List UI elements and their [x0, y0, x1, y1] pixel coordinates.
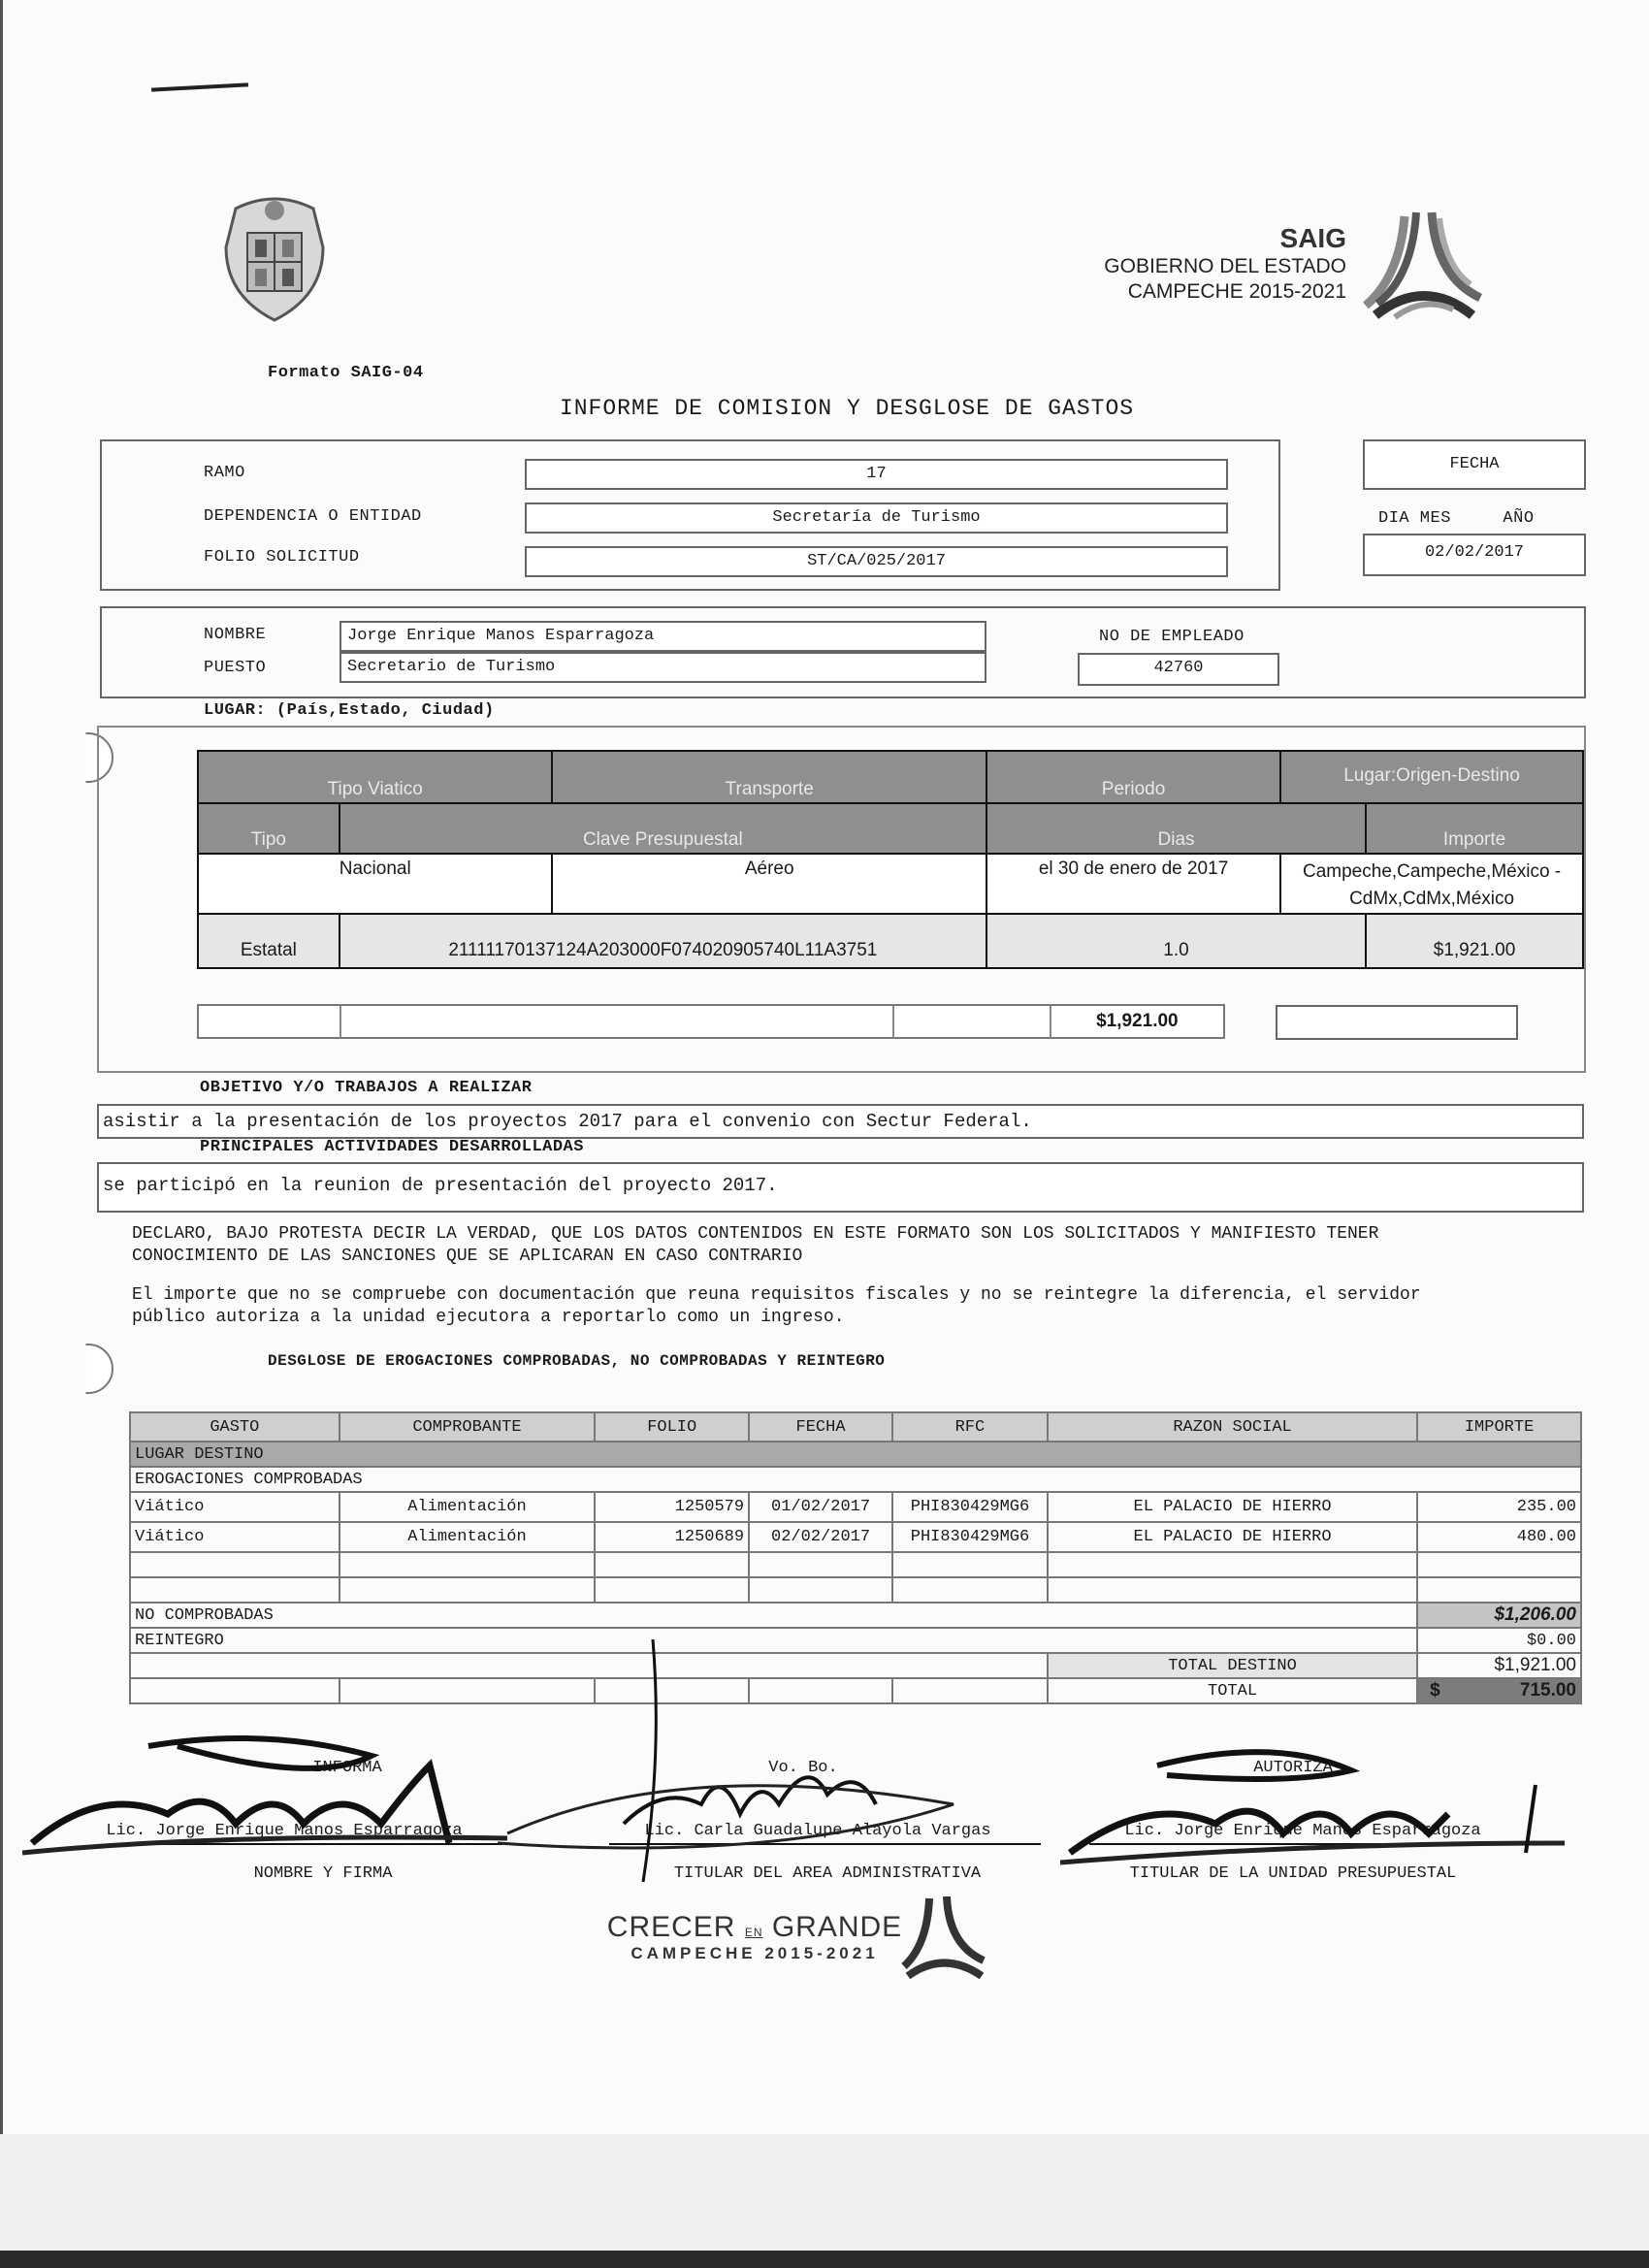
- col-rfc: RFC: [892, 1412, 1048, 1442]
- header-tipo: Tipo: [198, 803, 339, 854]
- fecha-parts-label: DIA MES AÑO: [1378, 509, 1535, 528]
- header-lugar-origen-destino: Lugar:Origen-Destino: [1280, 751, 1583, 803]
- total-label: TOTAL: [1048, 1678, 1417, 1703]
- empty-row: [130, 1552, 1581, 1577]
- handwritten-signature-icon: [1060, 1727, 1584, 1882]
- ramo-label: RAMO: [204, 464, 245, 482]
- handwritten-signature-icon: [22, 1727, 527, 1882]
- saig-title: SAIG: [1167, 223, 1346, 254]
- total-destino-label: TOTAL DESTINO: [1048, 1653, 1417, 1678]
- header-periodo: Periodo: [986, 751, 1280, 803]
- viatico-total: $1,921.00: [1051, 1006, 1223, 1037]
- format-code: Formato SAIG-04: [268, 364, 424, 382]
- cell-rfc: PHI830429MG6: [892, 1492, 1048, 1522]
- objetivo-label: OBJETIVO Y/O TRABAJOS A REALIZAR: [200, 1079, 532, 1097]
- desglose-header-row: GASTO COMPROBANTE FOLIO FECHA RFC RAZON …: [130, 1412, 1581, 1442]
- cell-folio: 1250579: [595, 1492, 749, 1522]
- total-destino-value: $1,921.00: [1417, 1653, 1581, 1678]
- dependencia-label: DEPENDENCIA O ENTIDAD: [204, 507, 422, 526]
- handwritten-signature-icon: [488, 1639, 1031, 1892]
- empty-row: [130, 1577, 1581, 1603]
- viatico-extra-box: [1276, 1005, 1518, 1040]
- cell-comprobante: Alimentación: [339, 1522, 596, 1552]
- lugar-destino-row: LUGAR DESTINO: [130, 1442, 1581, 1467]
- cell-importe: 480.00: [1417, 1522, 1581, 1552]
- cell-importe: 235.00: [1417, 1492, 1581, 1522]
- no-comprobadas-value: $1,206.00: [1417, 1603, 1581, 1628]
- comprobadas-row: EROGACIONES COMPROBADAS: [130, 1467, 1581, 1492]
- declaracion-text: DECLARO, BAJO PROTESTA DECIR LA VERDAD, …: [132, 1223, 1587, 1268]
- no-empleado-field[interactable]: 42760: [1078, 653, 1279, 686]
- total-amount: 715.00: [1520, 1680, 1576, 1701]
- header-clave-presupuestal: Clave Presupuestal: [339, 803, 986, 854]
- col-importe: IMPORTE: [1417, 1412, 1581, 1442]
- cell-gasto: Viático: [130, 1522, 339, 1552]
- total-value: $ 715.00: [1417, 1678, 1581, 1703]
- lugar-label: LUGAR: (País,Estado, Ciudad): [204, 701, 495, 720]
- viatico-table: Tipo Viatico Transporte Periodo Lugar:Or…: [197, 750, 1584, 969]
- cell-fecha: 01/02/2017: [749, 1492, 892, 1522]
- slogan-main: CRECER: [607, 1911, 736, 1943]
- col-comprobante: COMPROBANTE: [339, 1412, 596, 1442]
- header-dias: Dias: [986, 803, 1366, 854]
- declaracion-line1: DECLARO, BAJO PROTESTA DECIR LA VERDAD, …: [132, 1223, 1587, 1246]
- table-row: Viático Alimentación 1250689 02/02/2017 …: [130, 1522, 1581, 1552]
- cell-tipo-viatico: Nacional: [198, 854, 552, 914]
- fecha-header: FECHA: [1363, 439, 1586, 490]
- nombre-label: NOMBRE: [204, 626, 266, 644]
- col-folio: FOLIO: [595, 1412, 749, 1442]
- scanned-page: SAIG GOBIERNO DEL ESTADO CAMPECHE 2015-2…: [0, 0, 1649, 2134]
- importe-notice: El importe que no se compruebe con docum…: [132, 1284, 1587, 1329]
- no-empleado-label: NO DE EMPLEADO: [1099, 628, 1245, 646]
- cell-dias: 1.0: [986, 914, 1366, 968]
- campeche-logo-icon: [900, 1896, 987, 1979]
- cell-rfc: PHI830429MG6: [892, 1522, 1048, 1552]
- dependencia-field[interactable]: Secretaría de Turismo: [525, 502, 1228, 534]
- col-razon-social: RAZON SOCIAL: [1048, 1412, 1417, 1442]
- pen-mark: [151, 82, 248, 91]
- table-row: Viático Alimentación 1250579 01/02/2017 …: [130, 1492, 1581, 1522]
- coat-of-arms-icon: [207, 189, 342, 325]
- saig-arcs-logo-icon: [1356, 209, 1492, 325]
- cell-periodo: el 30 de enero de 2017: [986, 854, 1280, 914]
- document-title: INFORME DE COMISION Y DESGLOSE DE GASTOS: [3, 396, 1649, 421]
- col-fecha: FECHA: [749, 1412, 892, 1442]
- header-tipo-viatico: Tipo Viatico: [198, 751, 552, 803]
- slogan-sub: CAMPECHE 2015-2021: [604, 1944, 905, 1963]
- declaracion-line2: CONOCIMIENTO DE LAS SANCIONES QUE SE APL…: [132, 1246, 1587, 1268]
- cell-tipo: Estatal: [198, 914, 339, 968]
- cell-razon-social: EL PALACIO DE HIERRO: [1048, 1522, 1417, 1552]
- ramo-field[interactable]: 17: [525, 459, 1228, 490]
- cell-importe: $1,921.00: [1366, 914, 1583, 968]
- saig-subtitle-line1: GOBIERNO DEL ESTADO: [1051, 254, 1346, 279]
- reintegro-value: $0.00: [1417, 1628, 1581, 1653]
- cell-fecha: 02/02/2017: [749, 1522, 892, 1552]
- slogan-en: EN: [745, 1926, 763, 1939]
- cell-razon-social: EL PALACIO DE HIERRO: [1048, 1492, 1417, 1522]
- puesto-field[interactable]: Secretario de Turismo: [339, 652, 986, 683]
- saig-subtitle-line2: CAMPECHE 2015-2021: [1051, 279, 1346, 305]
- actividades-label: PRINCIPALES ACTIVIDADES DESARROLLADAS: [200, 1138, 584, 1156]
- cell-comprobante: Alimentación: [339, 1492, 596, 1522]
- puesto-label: PUESTO: [204, 659, 266, 677]
- cell-gasto: Viático: [130, 1492, 339, 1522]
- folio-label: FOLIO SOLICITUD: [204, 548, 360, 567]
- col-gasto: GASTO: [130, 1412, 339, 1442]
- scanner-margin: [0, 2134, 1649, 2268]
- folio-field[interactable]: ST/CA/025/2017: [525, 546, 1228, 577]
- fecha-field[interactable]: 02/02/2017: [1363, 534, 1586, 576]
- cell-lugar: Campeche,Campeche,México - CdMx,CdMx,Méx…: [1280, 854, 1583, 914]
- importe-notice-line2: público autoriza a la unidad ejecutora a…: [132, 1307, 1587, 1329]
- cell-transporte: Aéreo: [552, 854, 986, 914]
- total-currency: $: [1422, 1680, 1440, 1701]
- viatico-total-row: $1,921.00: [197, 1004, 1225, 1039]
- cell-clave-presupuestal: 21111170137124A203000F074020905740L11A37…: [339, 914, 986, 968]
- objetivo-field[interactable]: asistir a la presentación de los proyect…: [97, 1104, 1584, 1139]
- header-transporte: Transporte: [552, 751, 986, 803]
- slogan-end: GRANDE: [772, 1911, 902, 1943]
- header-importe: Importe: [1366, 803, 1583, 854]
- actividades-field[interactable]: se participó en la reunion de presentaci…: [97, 1162, 1584, 1213]
- nombre-field[interactable]: Jorge Enrique Manos Esparragoza: [339, 621, 986, 652]
- crecer-en-grande-slogan: CRECER EN GRANDE CAMPECHE 2015-2021: [604, 1911, 905, 1963]
- importe-notice-line1: El importe que no se compruebe con docum…: [132, 1284, 1587, 1307]
- saig-subtitle: GOBIERNO DEL ESTADO CAMPECHE 2015-2021: [1051, 254, 1346, 305]
- cell-folio: 1250689: [595, 1522, 749, 1552]
- desglose-title: DESGLOSE DE EROGACIONES COMPROBADAS, NO …: [268, 1352, 885, 1370]
- punch-hole-icon: [63, 1344, 113, 1394]
- no-comprobadas-label: NO COMPROBADAS: [130, 1603, 1417, 1628]
